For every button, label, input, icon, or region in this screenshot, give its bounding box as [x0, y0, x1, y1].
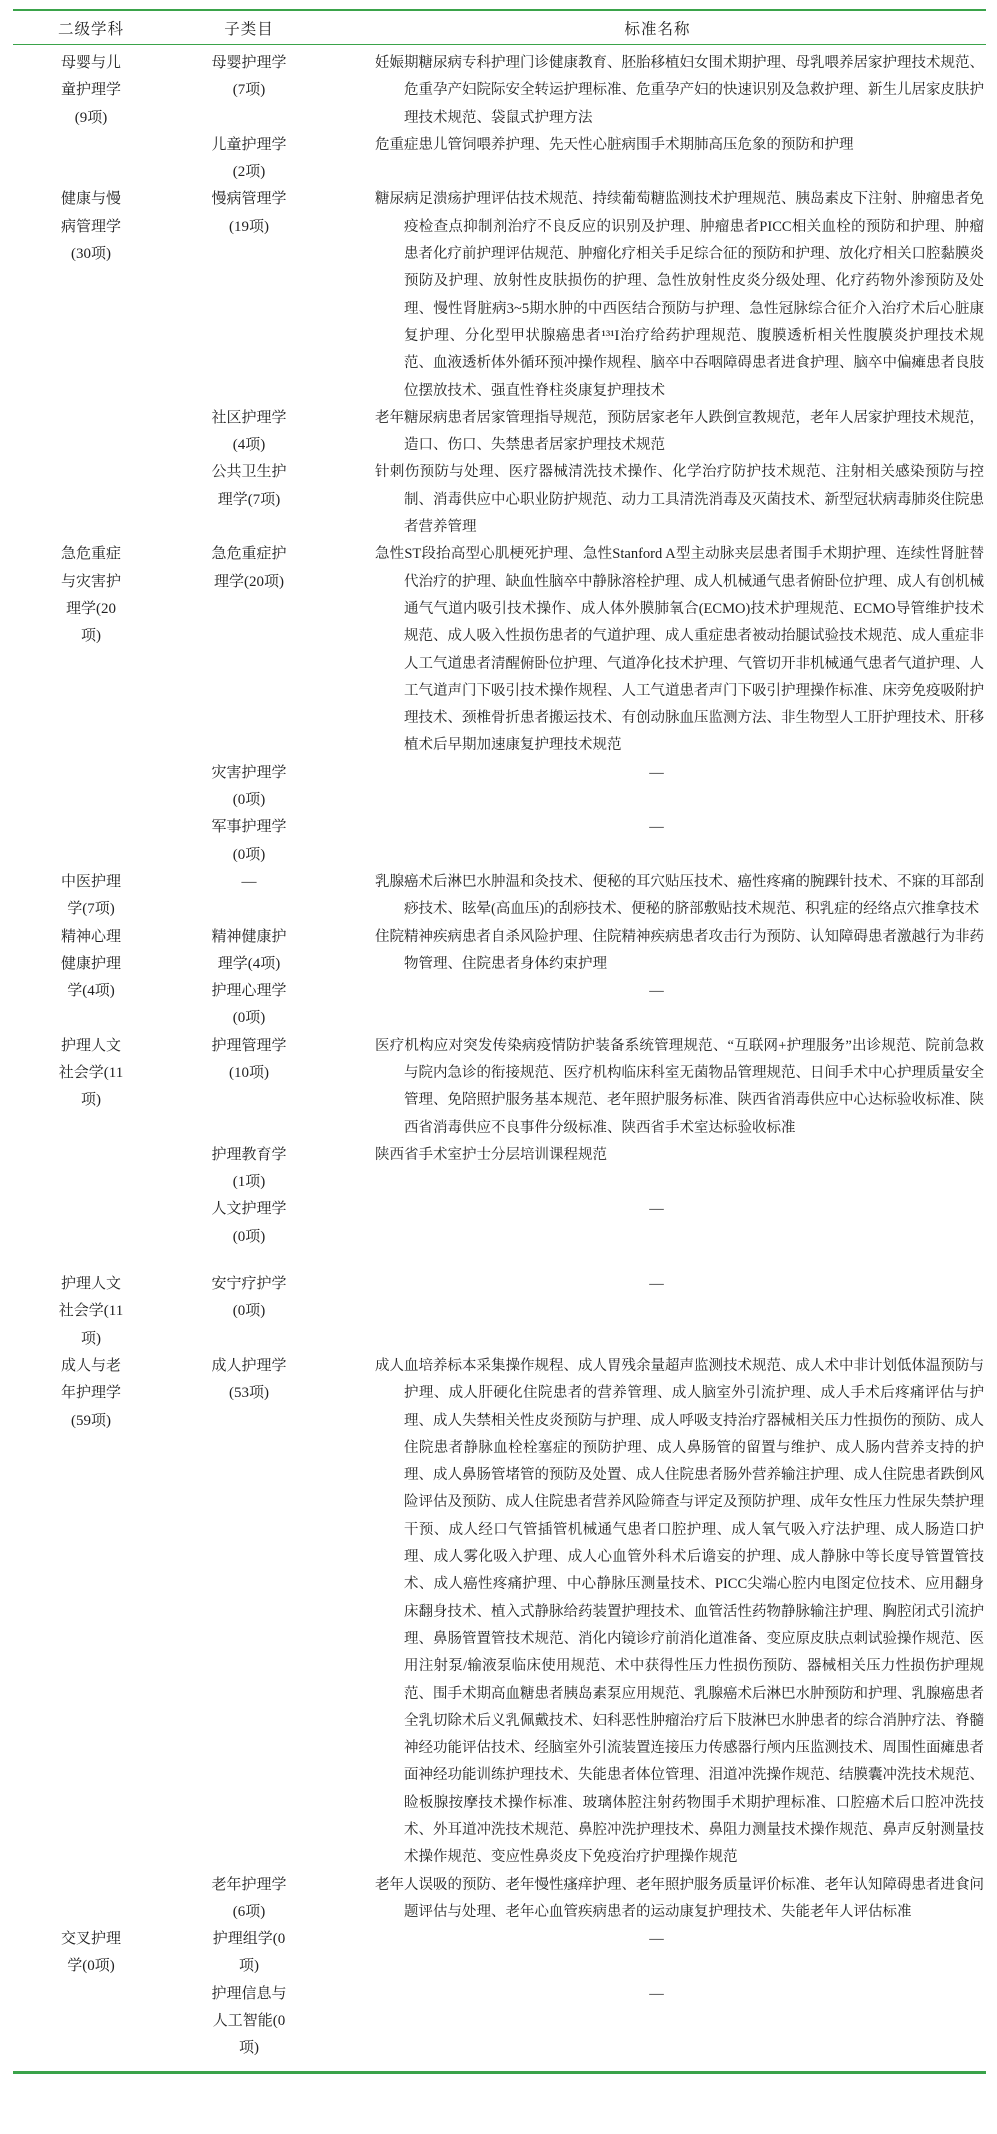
standards-cell: 老年人误吸的预防、老年慢性瘙痒护理、老年照护服务质量评价标准、老年认知障碍患者进… [329, 1872, 986, 1927]
subcategory-label: 慢病管理学(19项) [210, 186, 288, 241]
subcategory-cell: 护理教育学(1项) [169, 1142, 329, 1197]
standards-cell: 陕西省手术室护士分层培训课程规范 [329, 1142, 986, 1169]
header-subcategory: 子类目 [169, 17, 329, 39]
table-header-row: 二级学科 子类目 标准名称 [13, 11, 986, 45]
empty-marker: — [329, 1271, 984, 1298]
standards-cell: — [329, 1981, 986, 2008]
discipline-label: 护理人文社会学(11项) [58, 1033, 124, 1115]
subcategory-label: 灾害护理学(0项) [210, 760, 288, 815]
standards-cell: 乳腺癌术后淋巴水肿温和灸技术、便秘的耳穴贴压技术、癌性疼痛的腕踝针技术、不寐的耳… [329, 869, 986, 924]
discipline-label: 急危重症与灾害护理学(20项) [58, 541, 124, 650]
discipline-label: 健康与慢病管理学(30项) [58, 186, 124, 268]
empty-marker: — [242, 869, 257, 896]
subcategory-label: 成人护理学(53项) [210, 1353, 288, 1408]
standards-cell: 糖尿病足溃疡护理评估技术规范、持续葡萄糖监测技术护理规范、胰岛素皮下注射、肿瘤患… [329, 186, 986, 404]
standards-text: 乳腺癌术后淋巴水肿温和灸技术、便秘的耳穴贴压技术、癌性疼痛的腕踝针技术、不寐的耳… [375, 869, 984, 924]
subcategory-cell: 儿童护理学(2项) [169, 132, 329, 187]
discipline-label: 母婴与儿童护理学(9项) [58, 50, 124, 132]
subcategory-label: 护理心理学(0项) [210, 978, 288, 1033]
discipline-cell: 交叉护理学(0项) [13, 1926, 169, 1981]
table-body: 母婴与儿童护理学(9项) 母婴护理学(7项) 妊娠期糖尿病专科护理门诊健康教育、… [13, 45, 986, 2063]
subcategory-cell: 人文护理学(0项) [169, 1196, 329, 1251]
standards-cell: 医疗机构应对突发传染病疫情防护装备系统管理规范、“互联网+护理服务”出诊规范、院… [329, 1033, 986, 1142]
table-group-chronic-disease: 健康与慢病管理学(30项) 慢病管理学(19项) 糖尿病足溃疡护理评估技术规范、… [13, 186, 986, 541]
empty-marker: — [329, 760, 984, 787]
standards-text: 医疗机构应对突发传染病疫情防护装备系统管理规范、“互联网+护理服务”出诊规范、院… [375, 1033, 984, 1142]
discipline-cell: 母婴与儿童护理学(9项) [13, 50, 169, 132]
subcategory-cell: 护理管理学(10项) [169, 1033, 329, 1088]
standards-cell: 针刺伤预防与处理、医疗器械清洗技术操作、化学治疗防护技术规范、注射相关感染预防与… [329, 459, 986, 541]
standards-text: 妊娠期糖尿病专科护理门诊健康教育、胚胎移植妇女围术期护理、母乳喂养居家护理技术规… [375, 50, 984, 132]
standards-cell: 急性ST段抬高型心肌梗死护理、急性Stanford A型主动脉夹层患者围手术期护… [329, 541, 986, 759]
subcategory-cell: 军事护理学(0项) [169, 814, 329, 869]
header-discipline: 二级学科 [13, 17, 169, 39]
discipline-label: 精神心理健康护理学(4项) [58, 924, 124, 1006]
subcategory-label: 公共卫生护理学(7项) [210, 459, 288, 514]
subcategory-cell: 精神健康护理学(4项) [169, 924, 329, 979]
table-group-adult-geriatric: 成人与老年护理学(59项) 成人护理学(53项) 成人血培养标本采集操作规程、成… [13, 1353, 986, 1926]
subcategory-cell: 成人护理学(53项) [169, 1353, 329, 1408]
subcategory-label: 社区护理学(4项) [210, 405, 288, 460]
standards-text: 针刺伤预防与处理、医疗器械清洗技术操作、化学治疗防护技术规范、注射相关感染预防与… [375, 459, 984, 541]
standards-cell: — [329, 1196, 986, 1223]
standards-cell: 妊娠期糖尿病专科护理门诊健康教育、胚胎移植妇女围术期护理、母乳喂养居家护理技术规… [329, 50, 986, 132]
subcategory-cell: 老年护理学(6项) [169, 1872, 329, 1927]
empty-marker: — [329, 1926, 984, 1953]
table-row: 老年护理学(6项) 老年人误吸的预防、老年慢性瘙痒护理、老年照护服务质量评价标准… [169, 1872, 986, 1927]
nursing-standards-table: 二级学科 子类目 标准名称 母婴与儿童护理学(9项) 母婴护理学(7项) 妊娠期… [13, 9, 986, 2074]
subcategory-label: 护理信息与人工智能(0项) [210, 1981, 288, 2063]
subcategory-label: 安宁疗护学(0项) [210, 1271, 288, 1326]
discipline-cell: 护理人文社会学(11项) [13, 1033, 169, 1115]
standards-cell: 危重症患儿管饲喂养护理、先天性心脏病围手术期肺高压危象的预防和护理 [329, 132, 986, 159]
standards-cell: — [329, 978, 986, 1005]
discipline-label: 成人与老年护理学(59项) [58, 1353, 124, 1435]
standards-cell: 成人血培养标本采集操作规程、成人胃残余量超声监测技术规范、成人术中非计划低体温预… [329, 1353, 986, 1872]
header-standard-name: 标准名称 [329, 17, 986, 39]
table-group-critical-care: 急危重症与灾害护理学(20项) 急危重症护理学(20项) 急性ST段抬高型心肌梗… [13, 541, 986, 869]
table-row: 护理教育学(1项) 陕西省手术室护士分层培训课程规范 [169, 1142, 986, 1197]
subcategory-label: 老年护理学(6项) [210, 1872, 288, 1927]
standards-text: 糖尿病足溃疡护理评估技术规范、持续葡萄糖监测技术护理规范、胰岛素皮下注射、肿瘤患… [375, 186, 984, 404]
document-page: 二级学科 子类目 标准名称 母婴与儿童护理学(9项) 母婴护理学(7项) 妊娠期… [0, 0, 997, 2134]
subcategory-cell: 母婴护理学(7项) [169, 50, 329, 105]
table-row: 安宁疗护学(0项) — [169, 1271, 986, 1326]
table-group-maternal-child: 母婴与儿童护理学(9项) 母婴护理学(7项) 妊娠期糖尿病专科护理门诊健康教育、… [13, 50, 986, 186]
discipline-cell: 精神心理健康护理学(4项) [13, 924, 169, 1006]
table-row: 护理管理学(10项) 医疗机构应对突发传染病疫情防护装备系统管理规范、“互联网+… [169, 1033, 986, 1142]
standards-text: 老年人误吸的预防、老年慢性瘙痒护理、老年照护服务质量评价标准、老年认知障碍患者进… [375, 1872, 984, 1927]
standards-text: 陕西省手术室护士分层培训课程规范 [375, 1142, 984, 1169]
standards-text: 成人血培养标本采集操作规程、成人胃残余量超声监测技术规范、成人术中非计划低体温预… [375, 1353, 984, 1872]
subcategory-cell: 护理组学(0项) [169, 1926, 329, 1981]
standards-cell: — [329, 1926, 986, 1953]
standards-text: 急性ST段抬高型心肌梗死护理、急性Stanford A型主动脉夹层患者围手术期护… [375, 541, 984, 759]
standards-text: 住院精神疾病患者自杀风险护理、住院精神疾病患者攻击行为预防、认知障碍患者激越行为… [375, 924, 984, 979]
subcategory-label: 急危重症护理学(20项) [210, 541, 288, 596]
discipline-cell: 成人与老年护理学(59项) [13, 1353, 169, 1435]
subcategory-label: 护理管理学(10项) [210, 1033, 288, 1088]
subcategory-cell: 安宁疗护学(0项) [169, 1271, 329, 1326]
standards-cell: — [329, 760, 986, 787]
subcategory-label: 军事护理学(0项) [210, 814, 288, 869]
table-row: 慢病管理学(19项) 糖尿病足溃疡护理评估技术规范、持续葡萄糖监测技术护理规范、… [169, 186, 986, 404]
subcategory-label: 护理组学(0项) [210, 1926, 288, 1981]
table-row: 军事护理学(0项) — [169, 814, 986, 869]
standards-cell: — [329, 1271, 986, 1298]
table-row: 公共卫生护理学(7项) 针刺伤预防与处理、医疗器械清洗技术操作、化学治疗防护技术… [169, 459, 986, 541]
subcategory-cell: 急危重症护理学(20项) [169, 541, 329, 596]
standards-cell: 住院精神疾病患者自杀风险护理、住院精神疾病患者攻击行为预防、认知障碍患者激越行为… [329, 924, 986, 979]
subcategory-label: 母婴护理学(7项) [210, 50, 288, 105]
subcategory-label: 精神健康护理学(4项) [210, 924, 288, 979]
empty-marker: — [329, 814, 984, 841]
subcategory-cell: 护理信息与人工智能(0项) [169, 1981, 329, 2063]
table-row: 护理心理学(0项) — [169, 978, 986, 1033]
discipline-cell: 护理人文社会学(11项) [13, 1271, 169, 1353]
standards-cell: 老年糖尿病患者居家管理指导规范，预防居家老年人跌倒宣教规范，老年人居家护理技术规… [329, 405, 986, 460]
empty-marker: — [329, 1196, 984, 1223]
table-row: 社区护理学(4项) 老年糖尿病患者居家管理指导规范，预防居家老年人跌倒宣教规范，… [169, 405, 986, 460]
discipline-cell: 健康与慢病管理学(30项) [13, 186, 169, 268]
table-row: 护理信息与人工智能(0项) — [169, 1981, 986, 2063]
subcategory-label: 人文护理学(0项) [210, 1196, 288, 1251]
subcategory-label: 儿童护理学(2项) [210, 132, 288, 187]
table-group-humanities-social-2: 护理人文社会学(11项) 安宁疗护学(0项) — [13, 1271, 986, 1353]
subcategory-cell: — [169, 869, 329, 896]
discipline-label: 护理人文社会学(11项) [58, 1271, 124, 1353]
table-group-cross-nursing: 交叉护理学(0项) 护理组学(0项) — 护理信息与人工智能(0项) — [13, 1926, 986, 2062]
table-row: 人文护理学(0项) — [169, 1196, 986, 1251]
table-row: 精神健康护理学(4项) 住院精神疾病患者自杀风险护理、住院精神疾病患者攻击行为预… [169, 924, 986, 979]
table-row: — 乳腺癌术后淋巴水肿温和灸技术、便秘的耳穴贴压技术、癌性疼痛的腕踝针技术、不寐… [169, 869, 986, 924]
table-row: 儿童护理学(2项) 危重症患儿管饲喂养护理、先天性心脏病围手术期肺高压危象的预防… [169, 132, 986, 187]
subcategory-label: 护理教育学(1项) [210, 1142, 288, 1197]
subcategory-cell: 护理心理学(0项) [169, 978, 329, 1033]
table-group-humanities-social-1: 护理人文社会学(11项) 护理管理学(10项) 医疗机构应对突发传染病疫情防护装… [13, 1033, 986, 1251]
table-group-tcm-nursing: 中医护理学(7项) — 乳腺癌术后淋巴水肿温和灸技术、便秘的耳穴贴压技术、癌性疼… [13, 869, 986, 924]
empty-marker: — [329, 978, 984, 1005]
subcategory-cell: 慢病管理学(19项) [169, 186, 329, 241]
table-row: 母婴护理学(7项) 妊娠期糖尿病专科护理门诊健康教育、胚胎移植妇女围术期护理、母… [169, 50, 986, 132]
table-row: 护理组学(0项) — [169, 1926, 986, 1981]
standards-cell: — [329, 814, 986, 841]
subcategory-cell: 社区护理学(4项) [169, 405, 329, 460]
empty-marker: — [329, 1981, 984, 2008]
discipline-label: 中医护理学(7项) [58, 869, 124, 924]
table-group-mental-health: 精神心理健康护理学(4项) 精神健康护理学(4项) 住院精神疾病患者自杀风险护理… [13, 924, 986, 1033]
discipline-cell: 急危重症与灾害护理学(20项) [13, 541, 169, 650]
discipline-cell: 中医护理学(7项) [13, 869, 169, 924]
table-row: 灾害护理学(0项) — [169, 760, 986, 815]
subcategory-cell: 灾害护理学(0项) [169, 760, 329, 815]
table-row: 急危重症护理学(20项) 急性ST段抬高型心肌梗死护理、急性Stanford A… [169, 541, 986, 759]
table-row: 成人护理学(53项) 成人血培养标本采集操作规程、成人胃残余量超声监测技术规范、… [169, 1353, 986, 1872]
standards-text: 危重症患儿管饲喂养护理、先天性心脏病围手术期肺高压危象的预防和护理 [375, 132, 984, 159]
subcategory-cell: 公共卫生护理学(7项) [169, 459, 329, 514]
discipline-label: 交叉护理学(0项) [58, 1926, 124, 1981]
standards-text: 老年糖尿病患者居家管理指导规范，预防居家老年人跌倒宣教规范，老年人居家护理技术规… [375, 405, 984, 460]
